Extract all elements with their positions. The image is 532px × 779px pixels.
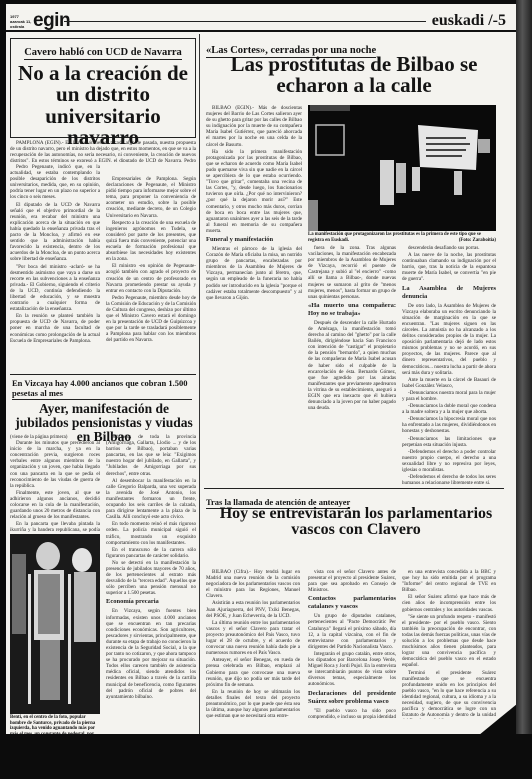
divider [10, 374, 196, 375]
section-subhead: Economía precaria [106, 598, 196, 606]
article-column: Jubilados de toda la provincia (Amigorri… [106, 434, 196, 734]
article-column: fuera de la zona. Tras algunas vacilacio… [308, 245, 396, 485]
section-subhead: La Asamblea de Mujeres denuncia [402, 285, 496, 301]
column-rule [199, 34, 200, 734]
article-headline: No a la creación de un distrito universi… [11, 63, 195, 149]
section-subhead: «Ha muerto una compañera: Hoy no se trab… [308, 302, 396, 318]
photo-caption: La manifestación que protagonizaron las … [308, 232, 496, 243]
section-page-label: euskadi /-5 [432, 12, 506, 30]
article-column: BILBAO (EGIN).- Más de doscientas mujere… [206, 105, 302, 485]
article-lead: PAMPLONA (EGIN).- En la reunión hemos to… [10, 140, 196, 162]
protest-march-photo [308, 105, 496, 231]
article-headline: Las prostitutas de Bilbao se echaron a l… [204, 54, 504, 97]
article-navarra-headline-box: Cavero habló con UCD de Navarra No a la … [10, 38, 196, 138]
divider [204, 488, 504, 489]
photo-caption: Benti, en el centro de la foto, popular … [10, 715, 100, 735]
article-kicker: Cavero habló con UCD de Navarra [24, 47, 182, 60]
article-column: (viene de la página primera) Durante los… [10, 434, 100, 532]
article-column: descenderán desafiando sus porras. A las… [402, 245, 496, 485]
article-column: vista con el señor Clavero antes de pres… [308, 569, 396, 719]
section-subhead: Contactos parlamentarios catalanes y vas… [308, 595, 396, 611]
scan-background [0, 734, 532, 779]
article-column: Pedro Pegenaute, indicó que, en la actua… [10, 164, 100, 372]
article-column: en una entrevista concedida a la BBC y q… [402, 569, 496, 719]
date-line: 1977 azaroak 11, ostirala [10, 14, 32, 29]
article-kicker: En Vizcaya hay 4.000 ancianos que cobran… [12, 378, 192, 400]
newspaper-page: 1977 azaroak 11, ostirala egin euskadi /… [6, 4, 516, 734]
elderly-man-on-crutches-photo [10, 534, 100, 714]
section-subhead: Funeral y manifestación [206, 236, 302, 244]
article-column: Empresariales de Pamplona. Según declara… [106, 176, 196, 372]
page-binding-edge [516, 0, 532, 779]
photo-credit: (Foto: Zaraboitia) [459, 238, 496, 244]
section-subhead: Declaraciones del presidente Suárez sobr… [308, 690, 396, 706]
masthead-rule [64, 21, 426, 22]
masthead: 1977 azaroak 11, ostirala egin euskadi /… [6, 12, 516, 32]
article-column: BILBAO (Cifra).- Hoy tendrá lugar en Mad… [206, 569, 300, 719]
article-kicker-box: En Vizcaya hay 4.000 ancianos que cobran… [12, 378, 192, 400]
article-headline: Hoy se entrevistarán los parlamentarios … [216, 506, 496, 539]
